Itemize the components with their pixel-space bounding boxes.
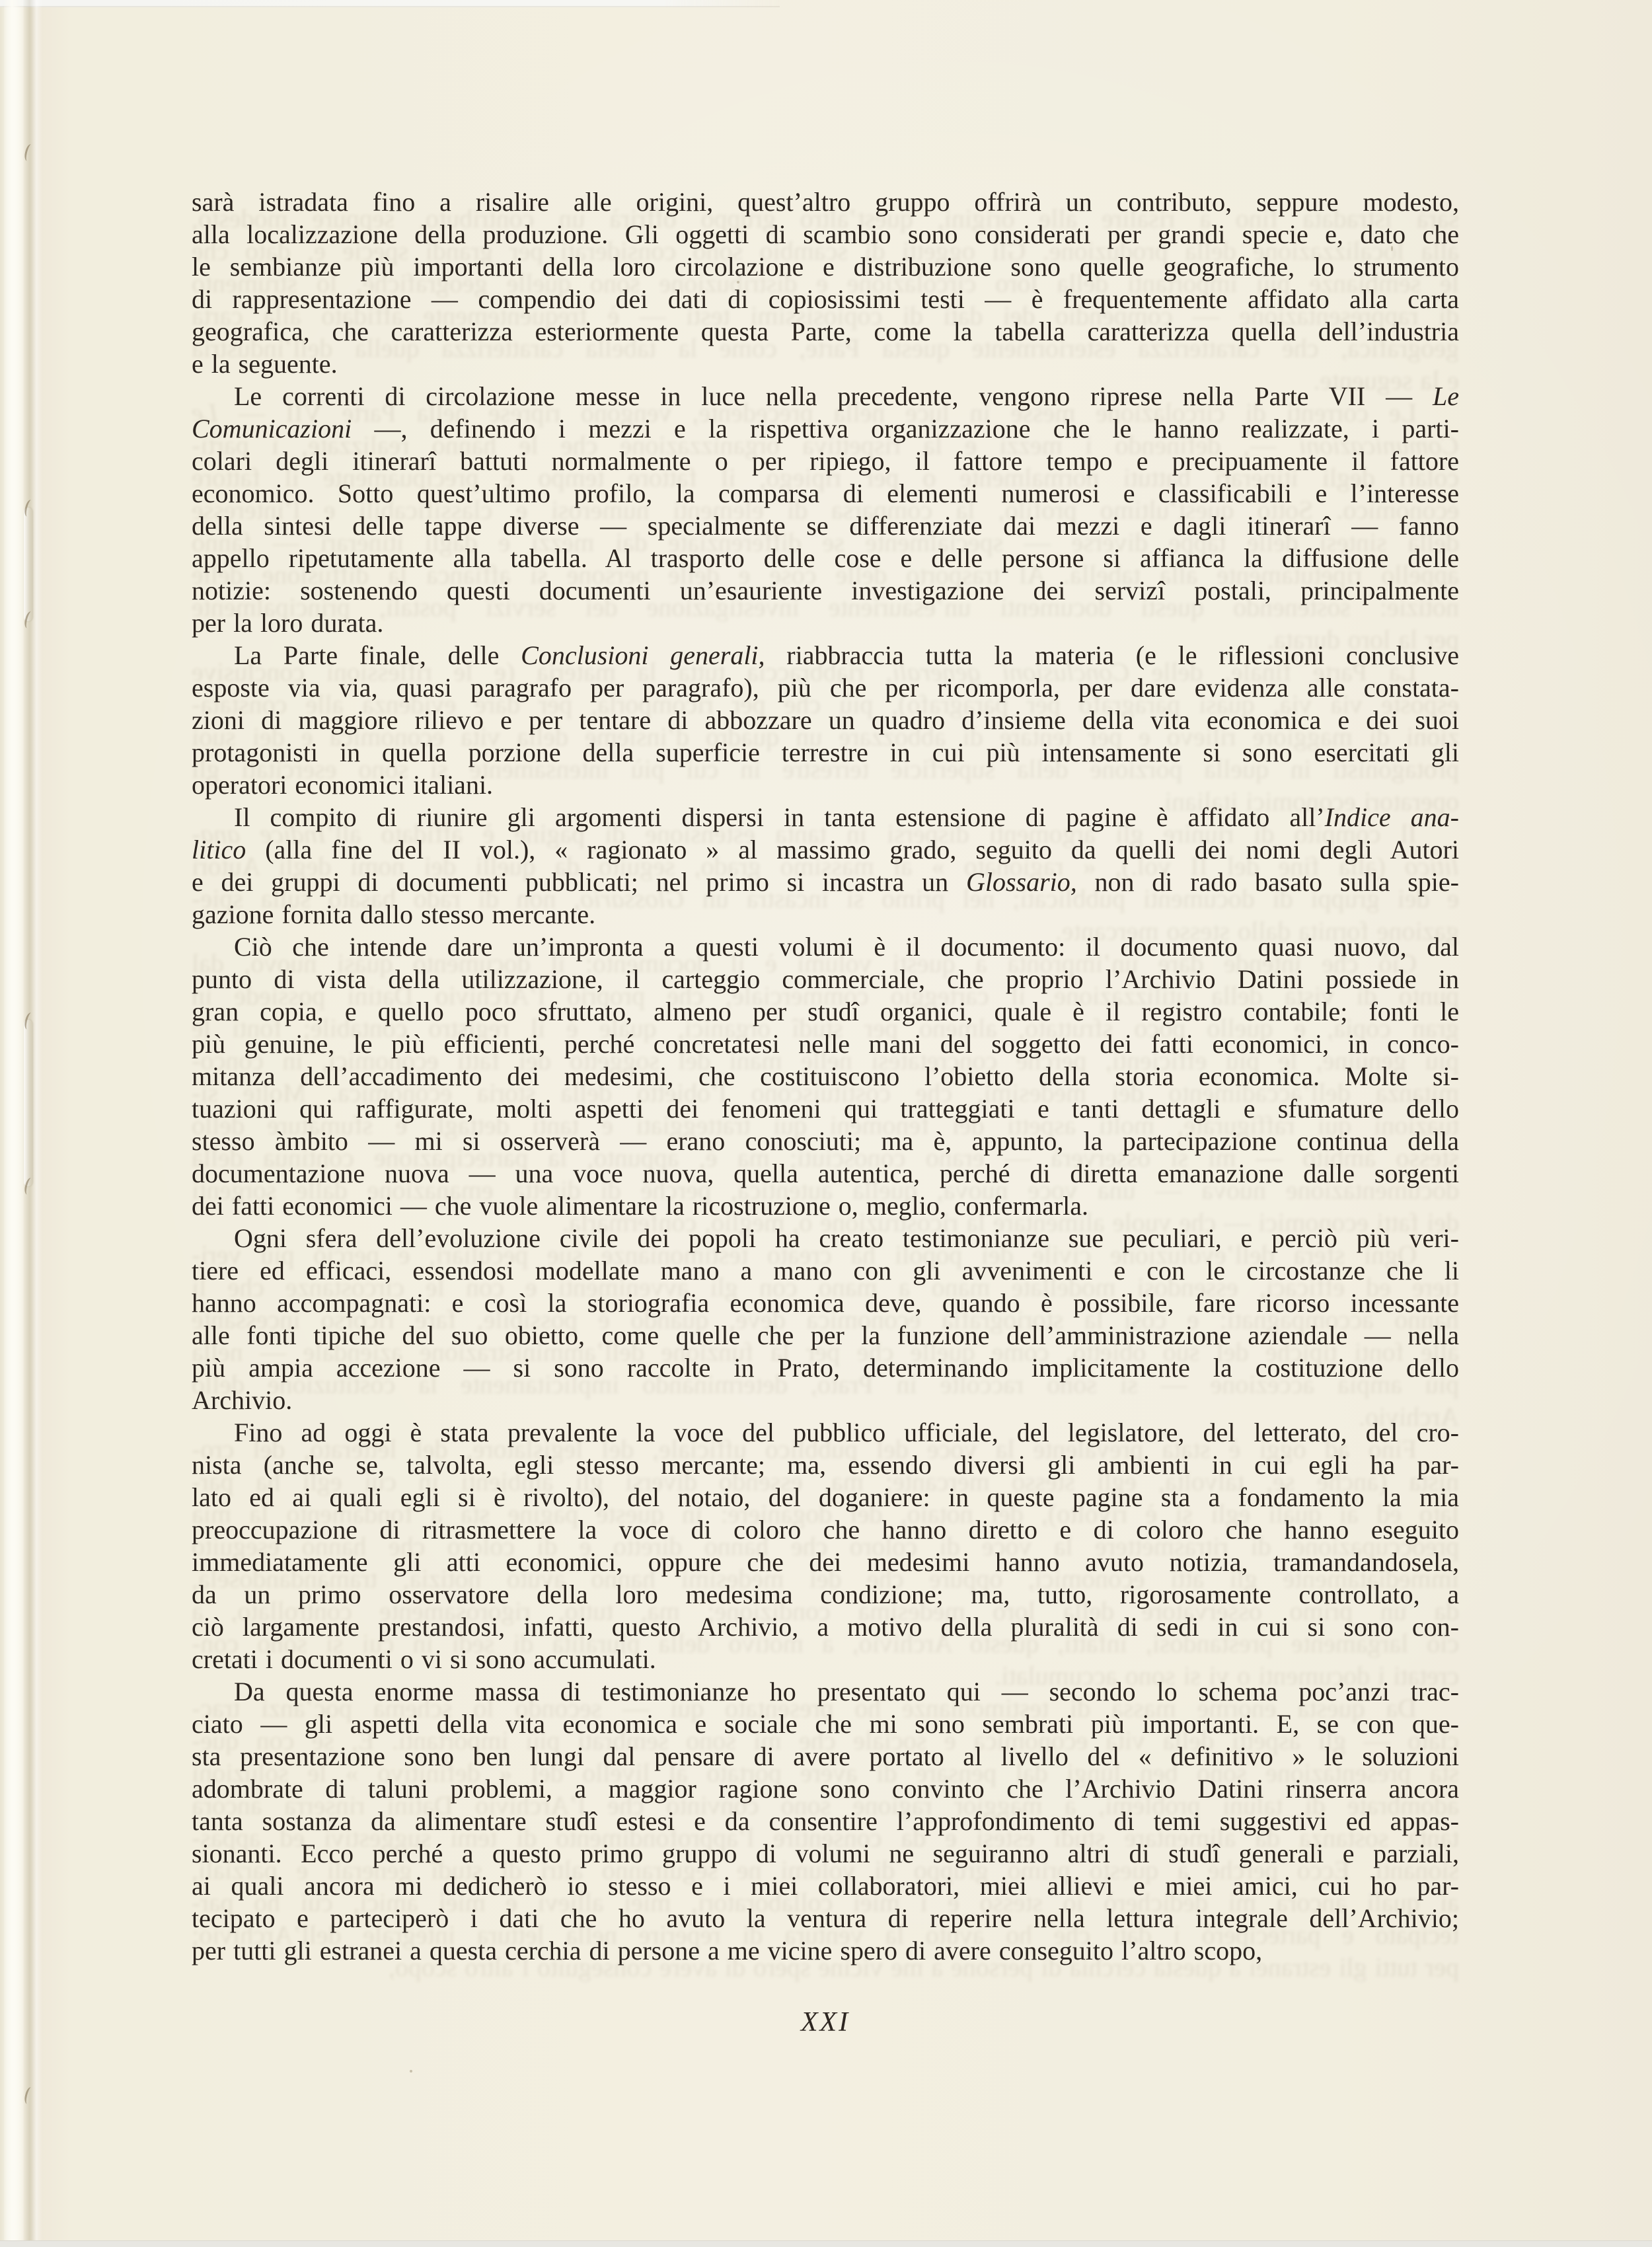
text-run: tuazioni qui raffigurate, molti aspetti … <box>192 1094 1459 1123</box>
text-line: colari degli itinerarî battuti normalmen… <box>192 445 1459 477</box>
text-run: tanta sostanza da alimentare studî estes… <box>192 1806 1459 1836</box>
text-run: Fino ad oggi è stata prevalente la voce … <box>234 1418 1459 1447</box>
text-line: mitanza dell’accadimento dei medesimi, c… <box>192 1060 1459 1092</box>
text-run: nista (anche se, talvolta, egli stesso m… <box>192 1450 1459 1480</box>
text-line: tanta sostanza da alimentare studî estes… <box>192 1805 1459 1837</box>
text-line: stesso àmbito — mi si osserverà — erano … <box>192 1125 1459 1157</box>
text-run: protagonisti in quella porzione della su… <box>192 738 1459 767</box>
paper-speck <box>410 2070 412 2073</box>
scan-background-bottom-edge <box>0 2240 1652 2247</box>
paragraph: La Parte finale, delle Conclusioni gener… <box>192 639 1459 801</box>
scan-background-top-edge <box>0 0 780 7</box>
text-line: dei fatti economici — che vuole alimenta… <box>192 1190 1459 1222</box>
text-line: alla localizzazione della produzione. Gl… <box>192 218 1459 250</box>
text-run: —, definendo i mezzi e la rispettiva org… <box>352 414 1459 443</box>
text-line: geografica, che caratterizza esteriormen… <box>192 315 1459 348</box>
text-line: documentazione nuova — una voce nuova, q… <box>192 1157 1459 1190</box>
text-line: Ciò che intende dare un’impronta a quest… <box>192 931 1459 963</box>
text-line: per la loro durata. <box>192 607 1459 639</box>
text-run: preoccupazione di ritrasmettere la voce … <box>192 1515 1459 1544</box>
text-line: per tutti gli estranei a questa cerchia … <box>192 1934 1459 1967</box>
text-run: per tutti gli estranei a questa cerchia … <box>192 1936 1262 1965</box>
text-line: economico. Sotto quest’ultimo profilo, l… <box>192 477 1459 510</box>
italic-text-run: Indice ana- <box>1325 802 1459 832</box>
text-line: gazione fornita dallo stesso mercante. <box>192 898 1459 931</box>
text-run: lato ed ai quali egli si è rivolto), del… <box>192 1482 1459 1512</box>
paragraph: Ciò che intende dare un’impronta a quest… <box>192 931 1459 1222</box>
text-run: più ampia accezione — si sono raccolte i… <box>192 1353 1459 1383</box>
text-line: litico (alla fine del II vol.), « ragion… <box>192 833 1459 866</box>
text-run: Le correnti di circolazione messe in luc… <box>234 381 1433 411</box>
text-line: Il compito di riunire gli argomenti disp… <box>192 801 1459 833</box>
italic-text-run: Comunicazioni <box>192 414 352 443</box>
text-run: appello ripetutamente alla tabella. Al t… <box>192 543 1459 573</box>
text-run: e la seguente. <box>192 349 338 379</box>
text-line: cretati i documenti o vi si sono accumul… <box>192 1643 1459 1675</box>
text-line: nista (anche se, talvolta, egli stesso m… <box>192 1449 1459 1481</box>
text-run: sionanti. Ecco perché a questo primo gru… <box>192 1839 1459 1868</box>
text-line: Ogni sfera dell’evoluzione civile dei po… <box>192 1222 1459 1254</box>
text-line: ciò largamente prestandosi, infatti, que… <box>192 1611 1459 1643</box>
text-line: e la seguente. <box>192 348 1459 380</box>
text-line: tiere ed efficaci, essendosi modellate m… <box>192 1254 1459 1287</box>
text-line: Le correnti di circolazione messe in luc… <box>192 380 1459 412</box>
text-line: sta presentazione sono ben lungi dal pen… <box>192 1740 1459 1772</box>
paragraph: Ogni sfera dell’evoluzione civile dei po… <box>192 1222 1459 1416</box>
text-run: La Parte finale, delle <box>234 640 521 670</box>
text-run: immediatamente gli atti economici, oppur… <box>192 1547 1459 1577</box>
text-run: più genuine, le più efficienti, perché c… <box>192 1029 1459 1059</box>
text-line: più ampia accezione — si sono raccolte i… <box>192 1352 1459 1384</box>
text-line: adombrate di taluni problemi, a maggior … <box>192 1772 1459 1805</box>
text-run: alle fonti tipiche del suo obietto, come… <box>192 1320 1459 1350</box>
text-line: La Parte finale, delle Conclusioni gener… <box>192 639 1459 671</box>
page-edge-highlight <box>4 0 24 2247</box>
text-line: esposte via via, quasi paragrafo per par… <box>192 671 1459 704</box>
binding-thread-ridge <box>24 508 32 621</box>
paragraph: Da questa enorme massa di testimonianze … <box>192 1675 1459 1967</box>
text-line: ciato — gli aspetti della vita economica… <box>192 1708 1459 1740</box>
text-line: notizie: sostenendo questi documenti un’… <box>192 574 1459 607</box>
text-run: colari degli itinerarî battuti normalmen… <box>192 446 1459 476</box>
text-run: hanno accompagnati: e così la storiograf… <box>192 1288 1459 1318</box>
text-line: Archivio. <box>192 1384 1459 1416</box>
text-run: Archivio. <box>192 1385 292 1415</box>
italic-text-run: Glossario, <box>966 867 1077 897</box>
text-line: hanno accompagnati: e così la storiograf… <box>192 1287 1459 1319</box>
text-run: economico. Sotto quest’ultimo profilo, l… <box>192 478 1459 508</box>
text-line: da un primo osservatore della loro medes… <box>192 1578 1459 1611</box>
text-line: zioni di maggiore rilievo e per tentare … <box>192 704 1459 736</box>
text-run: da un primo osservatore della loro medes… <box>192 1580 1459 1609</box>
text-line: sionanti. Ecco perché a questo primo gru… <box>192 1837 1459 1870</box>
text-line: operatori economici italiani. <box>192 769 1459 801</box>
text-run: ai quali ancora mi dedicherò io stesso e… <box>192 1871 1459 1901</box>
text-run: alla localizzazione della produzione. Gl… <box>192 219 1459 249</box>
text-run: gazione fornita dallo stesso mercante. <box>192 899 595 929</box>
text-run: Ogni sfera dell’evoluzione civile dei po… <box>234 1223 1459 1253</box>
text-run: sarà istradata fino a risalire alle orig… <box>192 187 1459 217</box>
text-run: stesso àmbito — mi si osserverà — erano … <box>192 1126 1459 1156</box>
paragraph: Il compito di riunire gli argomenti disp… <box>192 801 1459 931</box>
text-run: operatori economici italiani. <box>192 770 493 800</box>
paragraph: Fino ad oggi è stata prevalente la voce … <box>192 1416 1459 1675</box>
text-run: notizie: sostenendo questi documenti un’… <box>192 576 1459 605</box>
text-run: punto di vista della utilizzazione, il c… <box>192 964 1459 994</box>
text-run: e dei gruppi di documenti pubblicati; ne… <box>192 867 966 897</box>
text-run: adombrate di taluni problemi, a maggior … <box>192 1774 1459 1804</box>
binding-thread-ridge <box>24 1020 32 1186</box>
text-line: Da questa enorme massa di testimonianze … <box>192 1675 1459 1708</box>
text-line: lato ed ai quali egli si è rivolto), del… <box>192 1481 1459 1513</box>
text-run: riabbraccia tutta la materia (e le rifle… <box>765 640 1459 670</box>
text-run: tiere ed efficaci, essendosi modellate m… <box>192 1256 1459 1285</box>
text-run: (alla fine del II vol.), « ragionato » a… <box>246 835 1459 864</box>
paragraph: Le correnti di circolazione messe in luc… <box>192 380 1459 639</box>
text-line: della sintesi delle tappe diverse — spec… <box>192 510 1459 542</box>
text-line: protagonisti in quella porzione della su… <box>192 736 1459 769</box>
text-run: ciato — gli aspetti della vita economica… <box>192 1709 1459 1739</box>
text-run: dei fatti economici — che vuole alimenta… <box>192 1191 1088 1221</box>
italic-text-run: litico <box>192 835 246 864</box>
text-run: esposte via via, quasi paragrafo per par… <box>192 673 1459 703</box>
text-line: appello ripetutamente alla tabella. Al t… <box>192 542 1459 574</box>
text-run: Da questa enorme massa di testimonianze … <box>234 1677 1459 1706</box>
text-run: Ciò che intende dare un’impronta a quest… <box>234 932 1459 962</box>
paragraph: sarà istradata fino a risalire alle orig… <box>192 186 1459 380</box>
scanned-book-page: sarà istradata fino a risalire alle orig… <box>0 0 1652 2247</box>
text-run: documentazione nuova — una voce nuova, q… <box>192 1159 1459 1188</box>
text-run: le sembianze più importanti della loro c… <box>192 252 1459 282</box>
italic-text-run: Conclusioni generali, <box>521 640 765 670</box>
text-line: preoccupazione di ritrasmettere la voce … <box>192 1513 1459 1546</box>
text-line: sarà istradata fino a risalire alle orig… <box>192 186 1459 218</box>
page-number: XXI <box>192 2006 1459 2038</box>
text-line: tuazioni qui raffigurate, molti aspetti … <box>192 1092 1459 1125</box>
text-line: e dei gruppi di documenti pubblicati; ne… <box>192 866 1459 898</box>
text-line: gran copia, e quello poco sfruttato, alm… <box>192 995 1459 1028</box>
text-run: cretati i documenti o vi si sono accumul… <box>192 1644 656 1674</box>
text-run: per la loro durata. <box>192 608 383 638</box>
text-run: di rappresentazione — compendio dei dati… <box>192 284 1459 314</box>
text-run: non di rado basato sulla spie- <box>1077 867 1459 897</box>
text-line: tecipato e parteciperò i dati che ho avu… <box>192 1902 1459 1934</box>
text-line: alle fonti tipiche del suo obietto, come… <box>192 1319 1459 1352</box>
text-line: ai quali ancora mi dedicherò io stesso e… <box>192 1870 1459 1902</box>
text-run: ciò largamente prestandosi, infatti, que… <box>192 1612 1459 1642</box>
text-line: Comunicazioni —, definendo i mezzi e la … <box>192 412 1459 445</box>
text-run: della sintesi delle tappe diverse — spec… <box>192 511 1459 541</box>
text-run: zioni di maggiore rilievo e per tentare … <box>192 705 1459 735</box>
text-run: mitanza dell’accadimento dei medesimi, c… <box>192 1061 1459 1091</box>
text-run: geografica, che caratterizza esteriormen… <box>192 317 1459 346</box>
text-block: sarà istradata fino a risalire alle orig… <box>192 186 1459 1967</box>
text-run: sta presentazione sono ben lungi dal pen… <box>192 1741 1459 1771</box>
text-line: Fino ad oggi è stata prevalente la voce … <box>192 1416 1459 1449</box>
italic-text-run: Le <box>1433 381 1459 411</box>
text-line: le sembianze più importanti della loro c… <box>192 250 1459 283</box>
text-line: punto di vista della utilizzazione, il c… <box>192 963 1459 995</box>
text-run: tecipato e parteciperò i dati che ho avu… <box>192 1903 1459 1933</box>
text-line: immediatamente gli atti economici, oppur… <box>192 1546 1459 1578</box>
text-line: più genuine, le più efficienti, perché c… <box>192 1028 1459 1060</box>
text-run: Il compito di riunire gli argomenti disp… <box>234 802 1325 832</box>
text-line: di rappresentazione — compendio dei dati… <box>192 283 1459 315</box>
text-run: gran copia, e quello poco sfruttato, alm… <box>192 997 1459 1026</box>
